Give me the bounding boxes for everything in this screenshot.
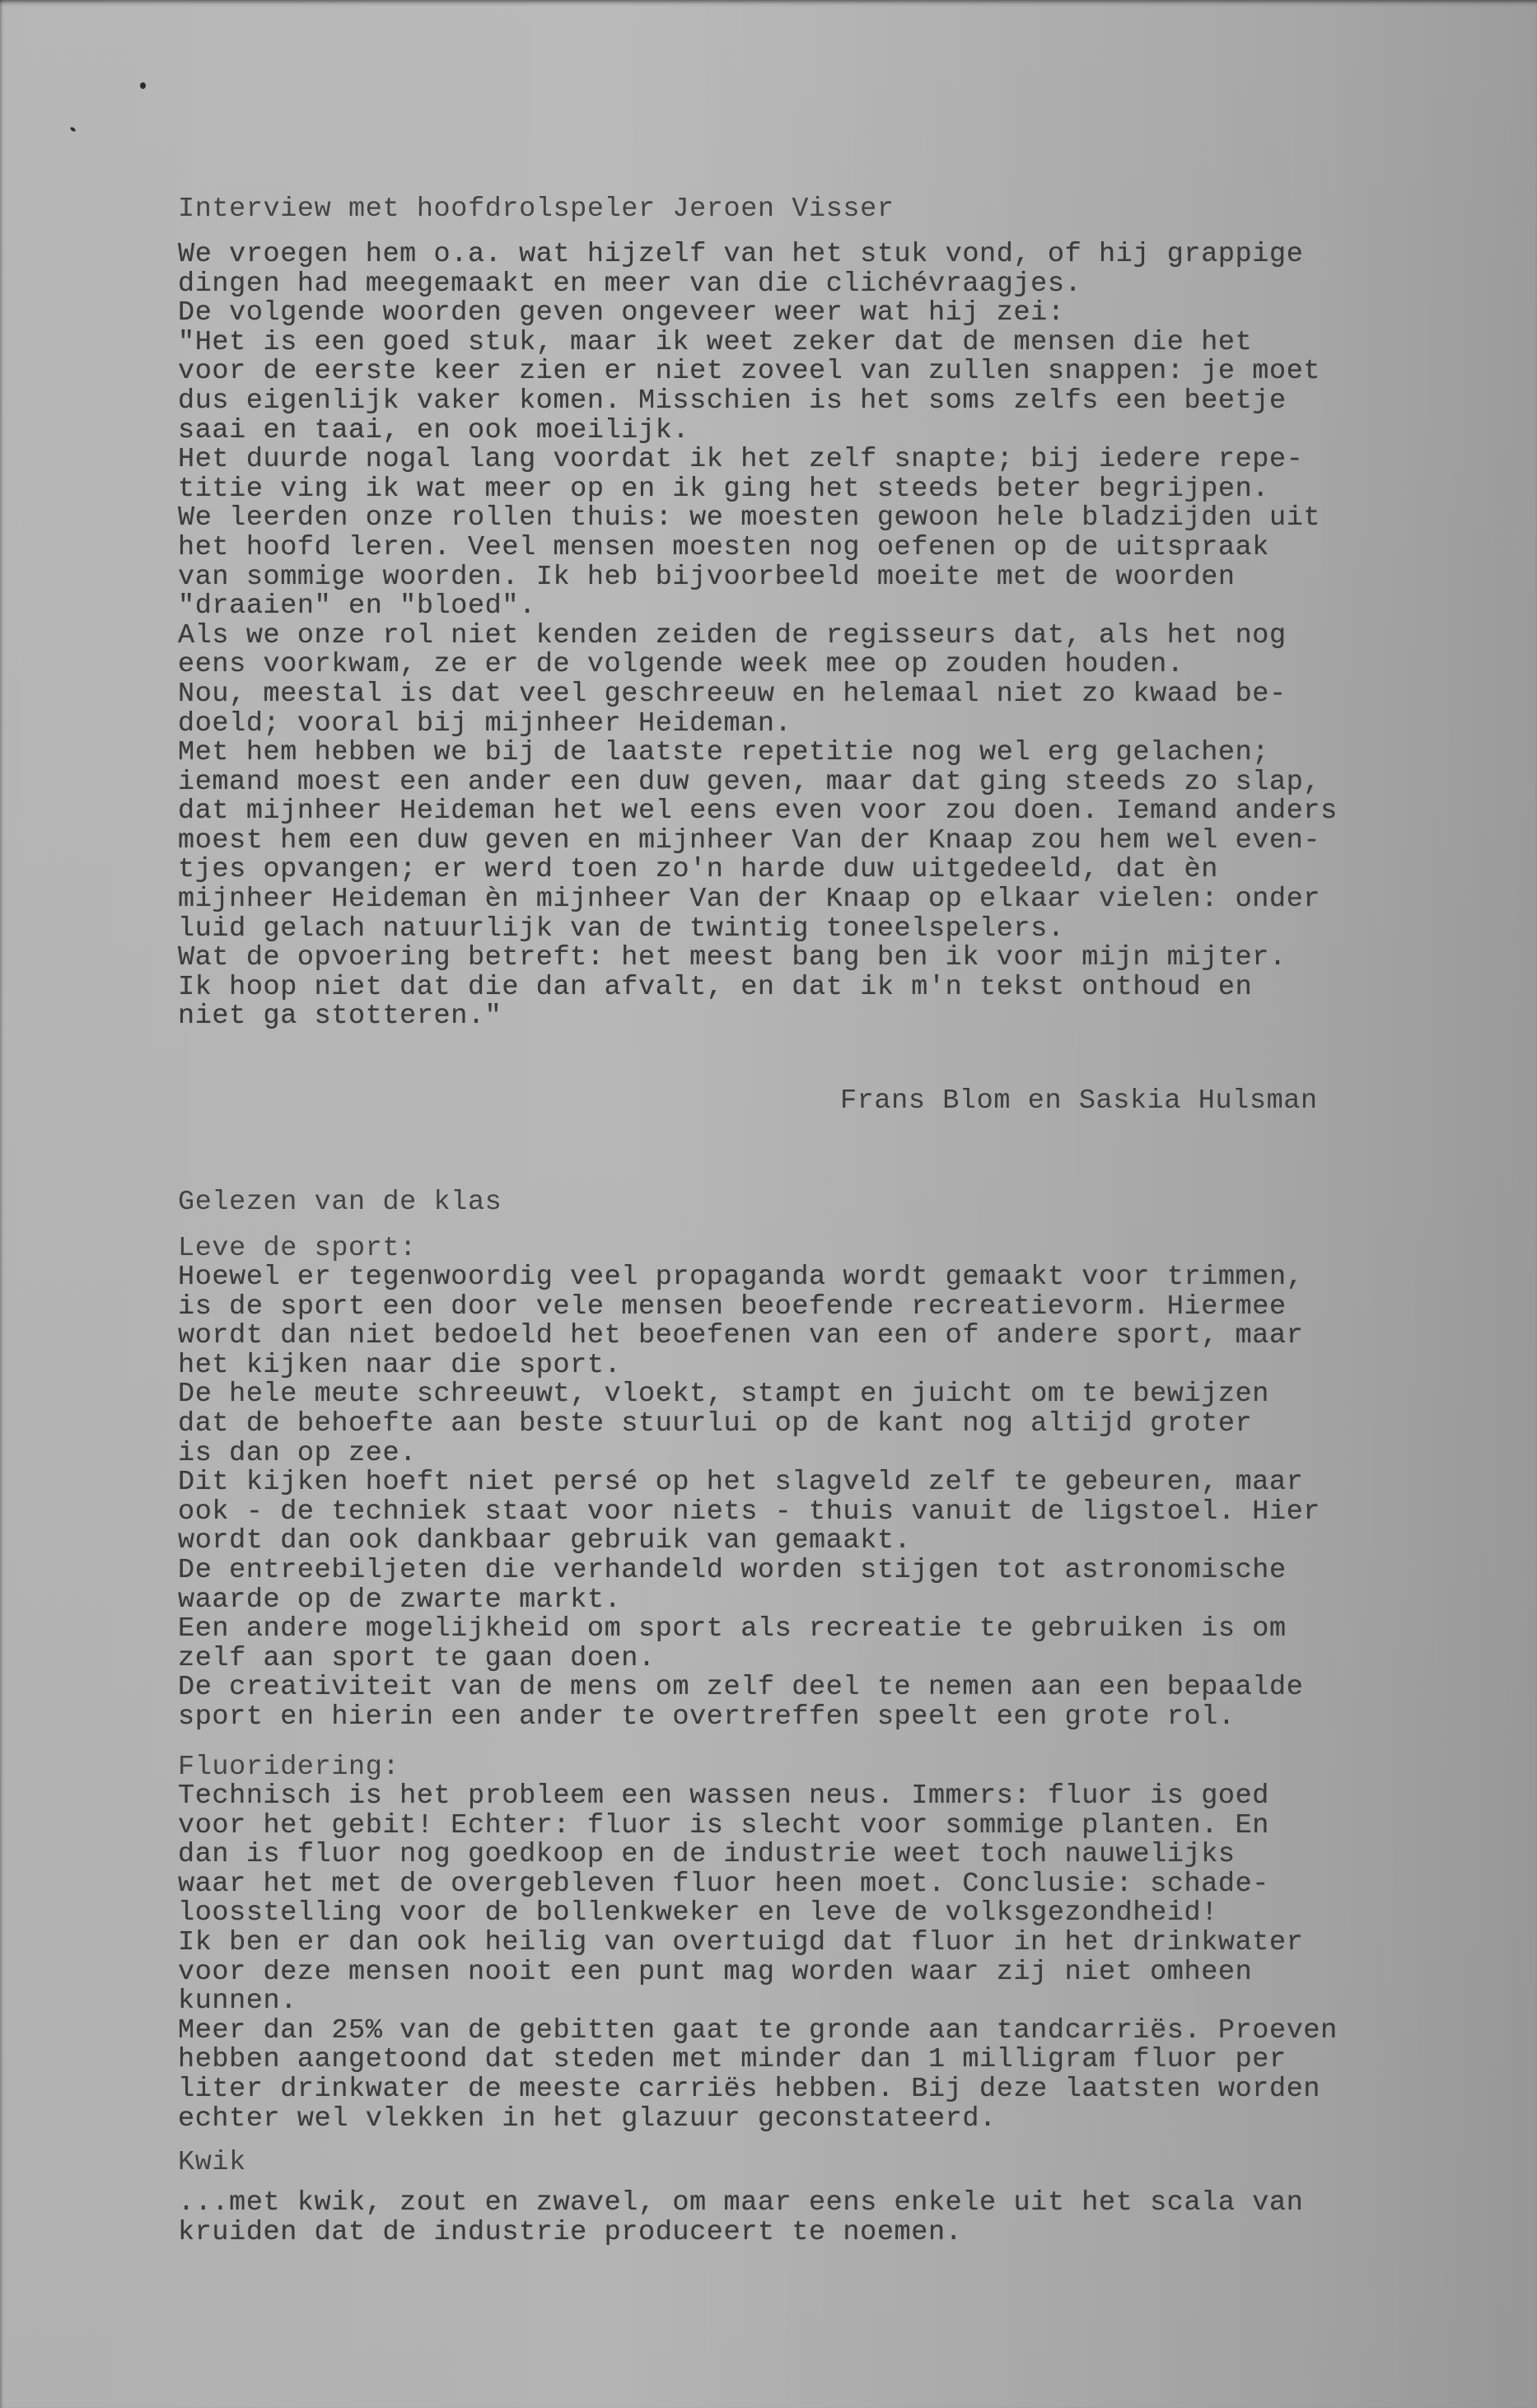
text-line: dan is fluor nog goedkoop en de industri… bbox=[178, 1841, 1463, 1870]
text-line: dat mijnheer Heideman het wel eens even … bbox=[178, 797, 1463, 827]
text-line: kruiden dat de industrie produceert te n… bbox=[178, 2219, 1463, 2248]
text-line: waar het met de overgebleven fluor heen … bbox=[178, 1870, 1463, 1900]
text-line: mijnheer Heideman èn mijnheer Van der Kn… bbox=[178, 885, 1463, 915]
text-line: Met hem hebben we bij de laatste repetit… bbox=[178, 739, 1463, 768]
text-line: dat de behoefte aan beste stuurlui op de… bbox=[178, 1410, 1463, 1440]
text-line: is dan op zee. bbox=[178, 1440, 1463, 1469]
text-line: We vroegen hem o.a. wat hijzelf van het … bbox=[178, 240, 1463, 270]
text-line: voor het gebit! Echter: fluor is slecht … bbox=[178, 1812, 1463, 1841]
text-line: ook - de techniek staat voor niets - thu… bbox=[178, 1498, 1463, 1528]
sport-body: Hoewel er tegenwoordig veel propaganda w… bbox=[178, 1263, 1463, 1733]
gelezen-title: Gelezen van de klas bbox=[178, 1188, 1463, 1217]
text-line: is de sport een door vele mensen beoefen… bbox=[178, 1293, 1463, 1323]
fluor-heading: Fluoridering: bbox=[178, 1752, 1463, 1782]
kwik-section: Kwik ...met kwik, zout en zwavel, om maa… bbox=[178, 2148, 1463, 2247]
text-line: Wat de opvoering betreft: het meest bang… bbox=[178, 944, 1463, 973]
interview-title: Interview met hoofdrolspeler Jeroen Viss… bbox=[178, 194, 1463, 224]
text-line: Technisch is het probleem een wassen neu… bbox=[178, 1782, 1463, 1812]
interview-body: We vroegen hem o.a. wat hijzelf van het … bbox=[178, 240, 1463, 1032]
text-line: Ik ben er dan ook heilig van overtuigd d… bbox=[178, 1929, 1463, 1958]
text-line: Als we onze rol niet kenden zeiden de re… bbox=[178, 622, 1463, 651]
text-line: saai en taai, en ook moeilijk. bbox=[178, 417, 1463, 446]
text-line: "Het is een goed stuk, maar ik weet zeke… bbox=[178, 329, 1463, 358]
text-line: tjes opvangen; er werd toen zo'n harde d… bbox=[178, 856, 1463, 885]
text-line: zelf aan sport te gaan doen. bbox=[178, 1645, 1463, 1674]
interview-section: Interview met hoofdrolspeler Jeroen Viss… bbox=[178, 194, 1463, 224]
text-line: ...met kwik, zout en zwavel, om maar een… bbox=[178, 2189, 1463, 2219]
text-line: doeld; vooral bij mijnheer Heideman. bbox=[178, 710, 1463, 740]
text-line: dus eigenlijk vaker komen. Misschien is … bbox=[178, 387, 1463, 417]
fluor-body: Technisch is het probleem een wassen neu… bbox=[178, 1782, 1463, 2134]
text-line: van sommige woorden. Ik heb bijvoorbeeld… bbox=[178, 563, 1463, 593]
text-line: voor de eerste keer zien er niet zoveel … bbox=[178, 357, 1463, 387]
ink-speck bbox=[69, 126, 76, 132]
signature: Frans Blom en Saskia Hulsman bbox=[840, 1085, 1318, 1117]
text-line: het kijken naar die sport. bbox=[178, 1351, 1463, 1381]
text-line: wordt dan niet bedoeld het beoefenen van… bbox=[178, 1322, 1463, 1351]
text-line: kunnen. bbox=[178, 1987, 1463, 2017]
text-line: voor deze mensen nooit een punt mag word… bbox=[178, 1958, 1463, 1988]
text-line: Dit kijken hoeft niet persé op het slagv… bbox=[178, 1468, 1463, 1498]
text-line: niet ga stotteren." bbox=[178, 1002, 1463, 1032]
text-line: moest hem een duw geven en mijnheer Van … bbox=[178, 827, 1463, 856]
text-line: Ik hoop niet dat die dan afvalt, en dat … bbox=[178, 973, 1463, 1003]
text-line: loosstelling voor de bollenkweker en lev… bbox=[178, 1899, 1463, 1929]
text-line: hebben aangetoond dat steden met minder … bbox=[178, 2046, 1463, 2075]
text-line: De creativiteit van de mens om zelf deel… bbox=[178, 1673, 1463, 1703]
text-line: De hele meute schreeuwt, vloekt, stampt … bbox=[178, 1380, 1463, 1410]
text-line: Hoewel er tegenwoordig veel propaganda w… bbox=[178, 1263, 1463, 1293]
text-line: Het duurde nogal lang voordat ik het zel… bbox=[178, 446, 1463, 475]
text-line: iemand moest een ander een duw geven, ma… bbox=[178, 768, 1463, 798]
text-line: wordt dan ook dankbaar gebruik van gemaa… bbox=[178, 1527, 1463, 1556]
gelezen-section: Gelezen van de klas bbox=[178, 1188, 1463, 1217]
sport-section: Leve de sport: Hoewel er tegenwoordig ve… bbox=[178, 1234, 1463, 1733]
text-line: De entreebiljeten die verhandeld worden … bbox=[178, 1556, 1463, 1586]
typewritten-page: Interview met hoofdrolspeler Jeroen Viss… bbox=[0, 0, 1537, 2408]
kwik-heading: Kwik bbox=[178, 2148, 1463, 2177]
text-line: echter wel vlekken in het glazuur gecons… bbox=[178, 2105, 1463, 2135]
text-line: De volgende woorden geven ongeveer weer … bbox=[178, 299, 1463, 329]
text-line: Meer dan 25% van de gebitten gaat te gro… bbox=[178, 2017, 1463, 2046]
fluor-section: Fluoridering: Technisch is het probleem … bbox=[178, 1752, 1463, 2134]
text-line: Een andere mogelijkheid om sport als rec… bbox=[178, 1615, 1463, 1645]
text-line: luid gelach natuurlijk van de twintig to… bbox=[178, 915, 1463, 945]
text-line: het hoofd leren. Veel mensen moesten nog… bbox=[178, 534, 1463, 563]
sport-heading: Leve de sport: bbox=[178, 1234, 1463, 1263]
text-line: We leerden onze rollen thuis: we moesten… bbox=[178, 504, 1463, 534]
text-line: liter drinkwater de meeste carriës hebbe… bbox=[178, 2075, 1463, 2105]
text-line: sport en hierin een ander te overtreffen… bbox=[178, 1703, 1463, 1733]
text-line: "draaien" en "bloed". bbox=[178, 592, 1463, 622]
text-line: titie ving ik wat meer op en ik ging het… bbox=[178, 475, 1463, 505]
ink-speck bbox=[140, 82, 146, 89]
text-line: eens voorkwam, ze er de volgende week me… bbox=[178, 651, 1463, 680]
text-line: waarde op de zwarte markt. bbox=[178, 1586, 1463, 1616]
kwik-body: ...met kwik, zout en zwavel, om maar een… bbox=[178, 2189, 1463, 2247]
text-line: Nou, meestal is dat veel geschreeuw en h… bbox=[178, 680, 1463, 710]
text-line: dingen had meegemaakt en meer van die cl… bbox=[178, 270, 1463, 300]
